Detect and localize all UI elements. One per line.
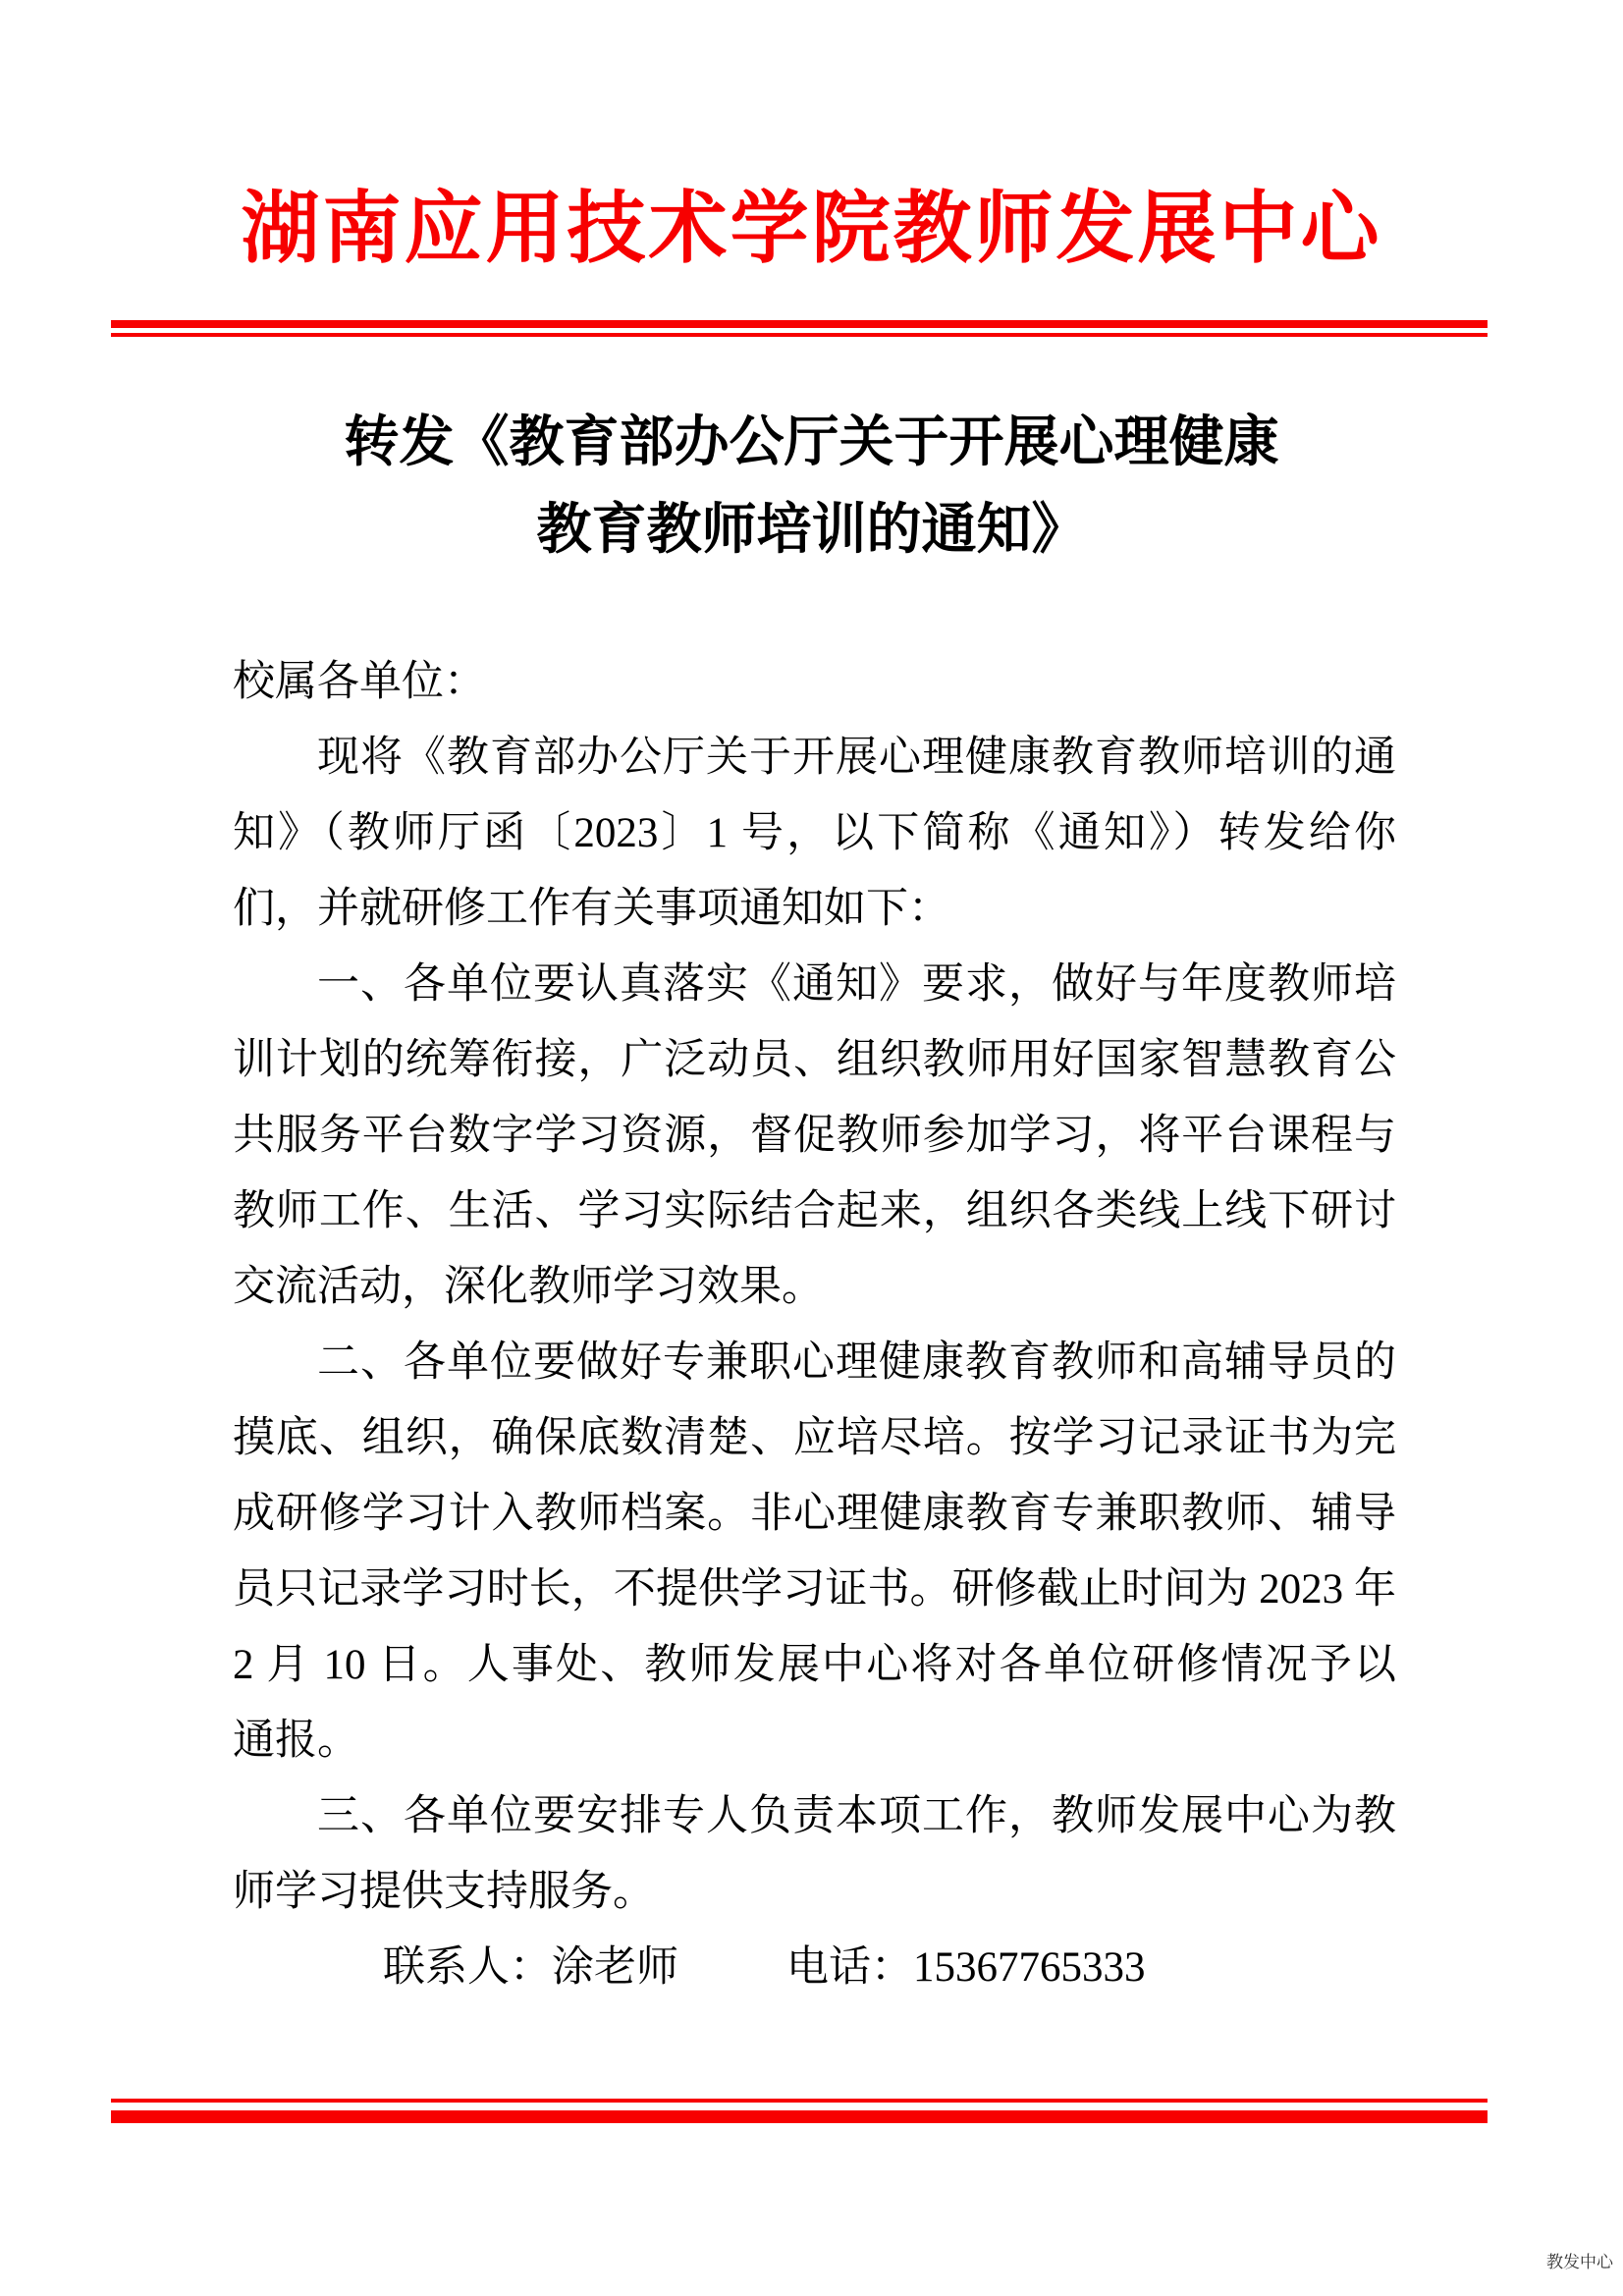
body-line: 现将《教育部办公厅关于开展心理健康教育教师培训的通 (233, 720, 1396, 795)
body-line: 训计划的统筹衔接，广泛动员、组织教师用好国家智慧教育公 (233, 1022, 1396, 1098)
document-title-line2: 教育教师培训的通知》 (0, 485, 1623, 573)
body-line: 共服务平台数字学习资源，督促教师参加学习，将平台课程与 (233, 1098, 1396, 1174)
document-page: 湖南应用技术学院教师发展中心 转发《教育部办公厅关于开展心理健康 教育教师培训的… (0, 0, 1623, 2296)
body-line: 师学习提供支持服务。 (233, 1854, 1396, 1930)
contact-line: 联系人：涂老师电话：15367765333 (233, 1930, 1396, 2005)
body-line: 交流活动，深化教师学习效果。 (233, 1249, 1396, 1325)
header-rule-thick (111, 320, 1488, 328)
body-line: 摸底、组织，确保底数清楚、应培尽培。按学习记录证书为完 (233, 1400, 1396, 1476)
footer-watermark: 教发中心 (1546, 2253, 1613, 2272)
body-line: 教师工作、生活、学习实际结合起来，组织各类线上线下研讨 (233, 1174, 1396, 1249)
body-line: 知》（教师厅函〔2023〕1 号，以下简称《通知》）转发给你 (233, 795, 1396, 871)
body-line: 2 月 10 日。人事处、教师发展中心将对各单位研修情况予以 (233, 1627, 1396, 1703)
contact-phone: 电话：15367765333 (786, 1944, 1146, 1991)
document-title: 转发《教育部办公厅关于开展心理健康 教育教师培训的通知》 (0, 398, 1623, 573)
document-title-line1: 转发《教育部办公厅关于开展心理健康 (0, 398, 1623, 485)
document-body: 校属各单位： 现将《教育部办公厅关于开展心理健康教育教师培训的通 知》（教师厅函… (233, 644, 1396, 2005)
body-line: 三、各单位要安排专人负责本项工作，教师发展中心为教 (233, 1778, 1396, 1854)
org-header-title: 湖南应用技术学院教师发展中心 (0, 175, 1623, 283)
footer-rule-thin (111, 2099, 1488, 2103)
body-line: 们，并就研修工作有关事项通知如下： (233, 871, 1396, 947)
body-line: 通报。 (233, 1703, 1396, 1778)
body-line: 员只记录学习时长，不提供学习证书。研修截止时间为 2023 年 (233, 1552, 1396, 1627)
body-line: 成研修学习计入教师档案。非心理健康教育专兼职教师、辅导 (233, 1476, 1396, 1552)
body-line: 二、各单位要做好专兼职心理健康教育教师和高辅导员的 (233, 1325, 1396, 1400)
footer-rule-thick (111, 2110, 1488, 2123)
header-rule-thin (111, 333, 1488, 337)
contact-person: 联系人：涂老师 (383, 1944, 678, 1991)
body-line-salutation: 校属各单位： (233, 644, 1396, 720)
body-line: 一、各单位要认真落实《通知》要求，做好与年度教师培 (233, 947, 1396, 1022)
